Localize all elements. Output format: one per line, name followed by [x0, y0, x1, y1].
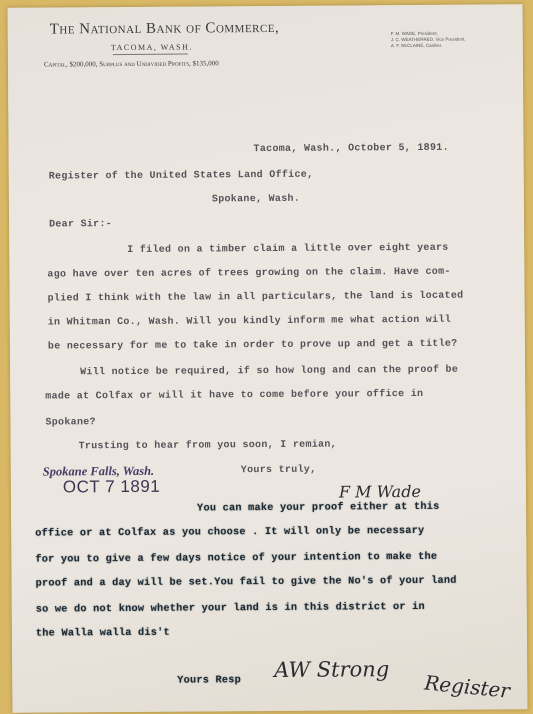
reply-line: office or at Colfax as you choose . It w… [35, 525, 424, 540]
writer-signature: F M Wade [339, 482, 421, 502]
body-line: Spokane? [45, 417, 95, 428]
bank-officers: F. M. WADE, President, J. C. WEATHERRED,… [391, 31, 466, 50]
register-signature: AW Strong [274, 657, 389, 682]
closing: Yours truly, [241, 465, 317, 477]
officer-cashier: A. F. McCLAINE, Cashier. [391, 43, 466, 50]
addressee-line-2: Spokane, Wash. [212, 194, 300, 206]
body-line: Trusting to hear from you soon, I remian… [79, 440, 337, 453]
received-stamp-date: OCT 7 1891 [63, 477, 160, 498]
reply-line: for you to give a few days notice of you… [35, 551, 437, 566]
reply-line: the Walla walla dis't [36, 627, 170, 640]
addressee-line-1: Register of the United States Land Offic… [49, 170, 314, 183]
body-line: plied I think with the law in all partic… [48, 291, 464, 305]
bank-capital-line: Capital, $200,000, Surplus and Undivided… [44, 59, 219, 68]
body-line: Will notice be required, if so how long … [80, 365, 458, 379]
dateline: Tacoma, Wash., October 5, 1891. [254, 143, 449, 155]
body-line: in Whitman Co., Wash. Will you kindly in… [48, 315, 451, 329]
letterhead-rule [113, 54, 188, 56]
body-line: made at Colfax or will it have to come b… [45, 389, 423, 403]
reply-line: proof and a day will be set.You fail to … [36, 575, 457, 590]
body-line: be necessary for me to take in order to … [48, 339, 458, 353]
bank-name: The National Bank of Commerce, [50, 20, 280, 39]
bank-city: TACOMA, WASH. [111, 43, 193, 53]
reply-line: You can make your proof either at this [197, 501, 439, 515]
reply-closing: Yours Resp [177, 674, 241, 686]
body-line: ago have over ten acres of trees growing… [47, 267, 450, 281]
body-line: I filed on a timber claim a little over … [127, 243, 448, 256]
register-title: Register [423, 670, 511, 702]
salutation: Dear Sir:- [49, 219, 112, 230]
reply-line: so we do not know whether your land is i… [36, 601, 425, 616]
letter-page: The National Bank of Commerce, TACOMA, W… [8, 4, 528, 713]
